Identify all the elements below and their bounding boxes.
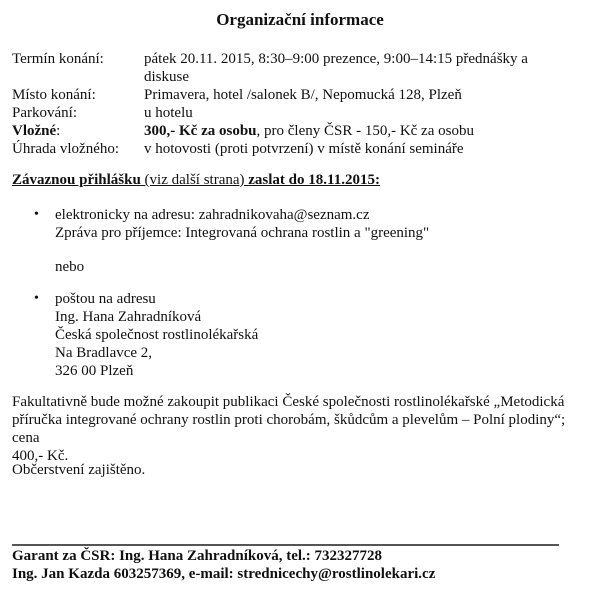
bullet-icon: • <box>34 290 50 308</box>
postal-line: Ing. Hana Zahradníková <box>55 308 258 326</box>
postal-line: Na Bradlavce 2, <box>55 344 258 362</box>
postal-line: Česká společnost rostlinolékařská <box>55 326 258 344</box>
deadline-bold-2: zaslat do 18.11.2015: <box>248 172 380 188</box>
fee-member: , pro členy ČSR - 150,- Kč za osobu <box>257 123 474 139</box>
postal-line: poštou na adresu <box>55 290 258 308</box>
footer-divider <box>12 544 559 546</box>
option-electronic: • elektronicky na adresu: zahradnikovaha… <box>34 206 429 242</box>
info-label: Termín konání: <box>12 50 144 86</box>
electronic-line1: elektronicky na adresu: zahradnikovaha@s… <box>55 206 429 224</box>
refreshments-note: Občerstvení zajištěno. <box>12 461 592 479</box>
info-label-tail: : <box>56 123 60 139</box>
info-row-fee: Vložné: 300,- Kč za osobu, pro členy ČSR… <box>12 122 572 140</box>
info-label: Úhrada vložného: <box>12 140 144 158</box>
or-text: nebo <box>55 258 84 276</box>
info-value: Primavera, hotel /salonek B/, Nepomucká … <box>144 86 572 104</box>
info-row-venue: Místo konání: Primavera, hotel /salonek … <box>12 86 572 104</box>
info-row-date: Termín konání: pátek 20.11. 2015, 8:30–9… <box>12 50 572 86</box>
footer-contact: Ing. Jan Kazda 603257369, e-mail: stredn… <box>12 565 435 583</box>
deadline-note: (viz další strana) <box>141 172 248 188</box>
registration-deadline: Závaznou přihlášku (viz další strana) za… <box>12 171 380 189</box>
info-label: Místo konání: <box>12 86 144 104</box>
info-value: v hotovosti (proti potvrzení) v místě ko… <box>144 140 572 158</box>
info-value: 300,- Kč za osobu, pro členy ČSR - 150,-… <box>144 122 572 140</box>
postal-line: 326 00 Plzeň <box>55 362 258 380</box>
info-row-payment: Úhrada vložného: v hotovosti (proti potv… <box>12 140 572 158</box>
publication-line: příručka integrované ochrany rostlin pro… <box>12 411 592 447</box>
info-row-parking: Parkování: u hotelu <box>12 104 572 122</box>
info-value-line: pátek 20.11. 2015, 8:30–9:00 prezence, 9… <box>144 50 572 68</box>
info-value-line: diskuse <box>144 68 572 86</box>
footer-guarantor: Garant za ČSR: Ing. Hana Zahradníková, t… <box>12 547 435 565</box>
publication-paragraph: Fakultativně bude možné zakoupit publika… <box>12 393 592 465</box>
option-postal: • poštou na adresu Ing. Hana Zahradníkov… <box>34 290 258 380</box>
info-label-bold: Vložné <box>12 123 56 139</box>
publication-line: Fakultativně bude možné zakoupit publika… <box>12 393 592 411</box>
info-label: Vložné: <box>12 122 144 140</box>
electronic-line2: Zpráva pro příjemce: Integrovaná ochrana… <box>55 224 429 242</box>
info-value: pátek 20.11. 2015, 8:30–9:00 prezence, 9… <box>144 50 572 86</box>
bullet-icon: • <box>34 206 50 224</box>
info-value: u hotelu <box>144 104 572 122</box>
page-title: Organizační informace <box>0 9 600 31</box>
deadline-bold-1: Závaznou přihlášku <box>12 172 141 188</box>
info-label: Parkování: <box>12 104 144 122</box>
footer-contacts: Garant za ČSR: Ing. Hana Zahradníková, t… <box>12 547 435 583</box>
fee-amount: 300,- Kč za osobu <box>144 123 257 139</box>
info-table: Termín konání: pátek 20.11. 2015, 8:30–9… <box>12 50 572 158</box>
